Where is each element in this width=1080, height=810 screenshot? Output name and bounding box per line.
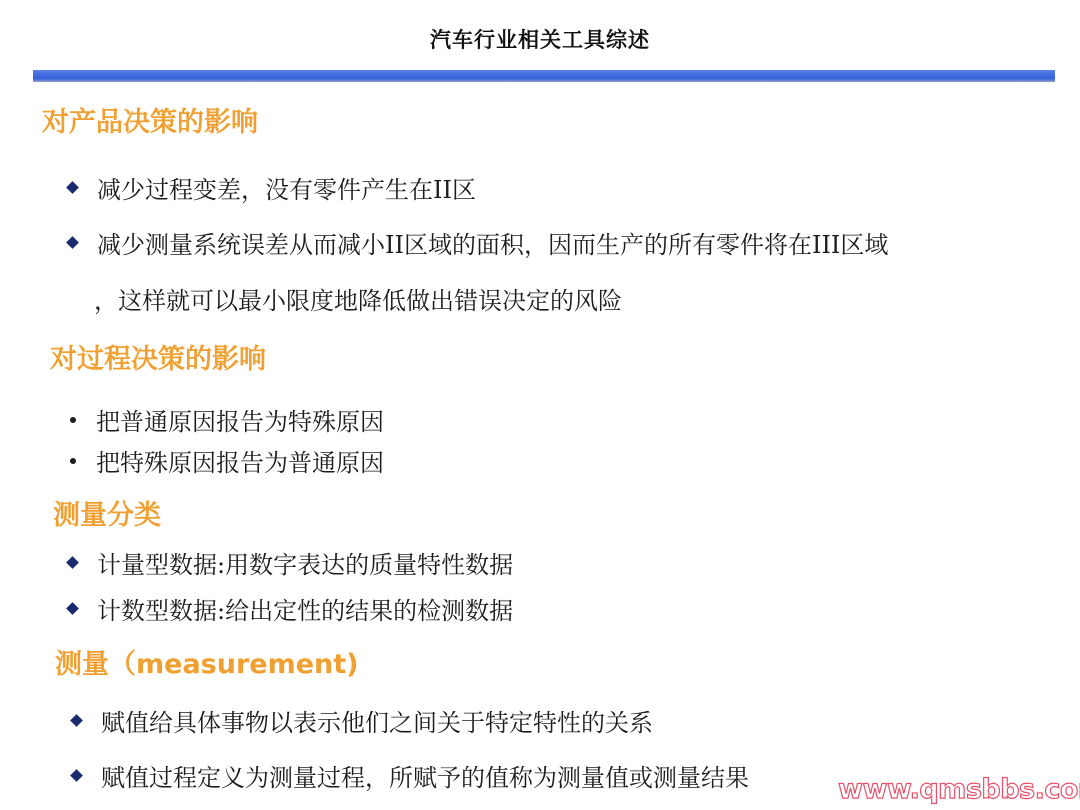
list-item-text: 把普通原因报告为特殊原因 [96,402,384,437]
title-divider-bar [33,70,1055,82]
list-item-text: 赋值给具体事物以表示他们之间关于特定特性的关系 [101,703,653,738]
section-heading-process-decision: 对过程决策的影响 [50,337,266,376]
list-item-text: 计量型数据:用数字表达的质量特性数据 [97,545,513,580]
section-heading-product-decision: 对产品决策的影响 [42,100,258,139]
diamond-bullet-icon [70,714,83,727]
section-heading-measurement: 测量（measurement) [55,642,359,681]
list-item-text: 把特殊原因报告为普通原因 [96,443,384,478]
list-item: 赋值给具体事物以表示他们之间关于特定特性的关系 [68,703,653,738]
list-item: 赋值过程定义为测量过程，所赋予的值称为测量值或测量结果 [68,758,749,793]
list-item-text: 赋值过程定义为测量过程，所赋予的值称为测量值或测量结果 [101,758,749,793]
list-item: 把普通原因报告为特殊原因 [64,402,384,437]
dot-bullet-icon [70,417,76,423]
diamond-bullet-icon [70,769,83,782]
diamond-bullet-icon [66,556,79,569]
list-item: 计量型数据:用数字表达的质量特性数据 [64,545,513,580]
list-item-text: 减少过程变差，没有零件产生在II区 [97,170,476,205]
list-item: 计数型数据:给出定性的结果的检测数据 [64,591,513,626]
diamond-bullet-icon [66,236,79,249]
diamond-bullet-icon [66,181,79,194]
list-item: 减少过程变差，没有零件产生在II区 [64,170,476,205]
dot-bullet-icon [70,458,76,464]
list-item: 减少测量系统误差从而减小II区域的面积，因而生产的所有零件将在III区域 [64,225,888,260]
list-item: 把特殊原因报告为普通原因 [64,443,384,478]
section-heading-measurement-classification: 测量分类 [53,493,161,532]
slide-title: 汽车行业相关工具综述 [0,24,1080,54]
diamond-bullet-icon [66,602,79,615]
watermark-text: www.qmsbbs.com [838,774,1080,805]
list-item-text: ，这样就可以最小限度地降低做出错误决定的风险 [94,281,622,316]
list-item-text: 计数型数据:给出定性的结果的检测数据 [97,591,513,626]
list-item-continuation: ，这样就可以最小限度地降低做出错误决定的风险 [94,281,622,316]
list-item-text: 减少测量系统误差从而减小II区域的面积，因而生产的所有零件将在III区域 [97,225,888,260]
